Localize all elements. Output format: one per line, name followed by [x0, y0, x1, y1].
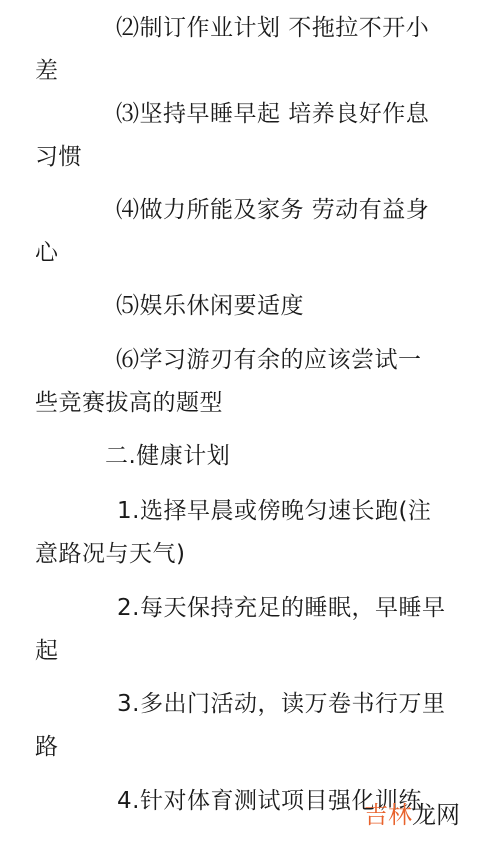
text-line: ⑶坚持早睡早起 培养良好作息	[116, 99, 429, 129]
text-line: 意路况与天气)	[35, 539, 185, 569]
text-line: 心	[35, 238, 59, 268]
text-line: 起	[35, 636, 59, 666]
watermark-part-dark: 龙网	[412, 801, 460, 829]
text-line: ⑵制订作业计划 不拖拉不开小	[116, 13, 429, 43]
text-line: 习惯	[35, 142, 82, 172]
text-line: ⑸娱乐休闲要适度	[116, 291, 304, 321]
text-line: 些竞赛拔高的题型	[35, 388, 223, 418]
text-line: 1.选择早晨或傍晚匀速长跑(注	[117, 496, 431, 526]
text-line: 2.每天保持充足的睡眠，早睡早	[117, 593, 445, 623]
watermark-logo: 吉林龙网	[364, 800, 460, 830]
section-heading: 二.健康计划	[105, 441, 230, 471]
text-line: ⑹学习游刃有余的应该尝试一	[116, 345, 422, 375]
text-line: ⑷做力所能及家务 劳动有益身	[116, 195, 429, 225]
watermark-part-orange: 吉林	[364, 801, 412, 829]
text-line: 路	[35, 732, 59, 762]
text-line: 差	[35, 56, 59, 86]
text-line: 3.多出门活动，读万卷书行万里	[117, 689, 445, 719]
